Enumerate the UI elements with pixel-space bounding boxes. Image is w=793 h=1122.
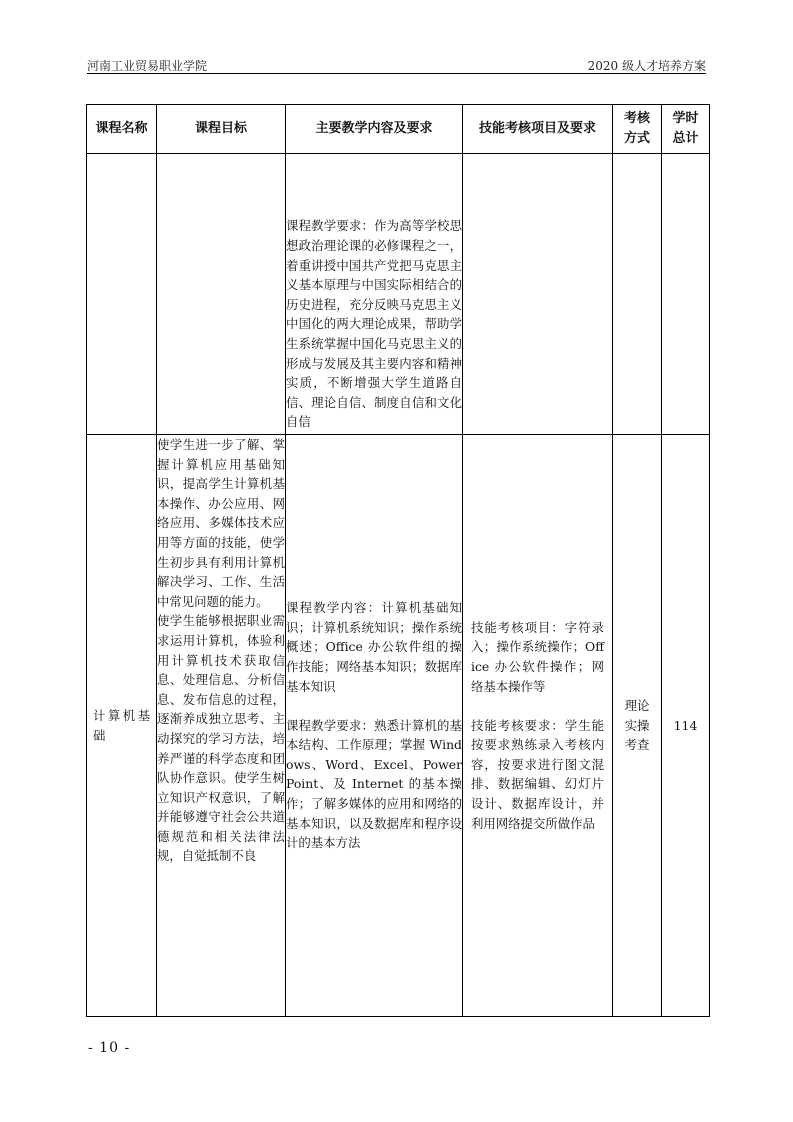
exam-method-cell: 理论 实操 考查 <box>613 435 662 1017</box>
col-header-skills: 技能考核项目及要求 <box>463 105 613 154</box>
content-paragraph: 课程教学要求：作为高等学校思想政治理论课的必修课程之一，着重讲授中国共产党把马克… <box>286 216 462 432</box>
objective-cell: 使学生进一步了解、掌握计算机应用基础知识，提高学生计算机基本操作、办公应用、网络… <box>157 435 286 1017</box>
skills-cell: 技能考核项目：字符录入；操作系统操作；Office 办公软件操作；网络基本操作等… <box>463 435 613 1017</box>
paragraph-gap <box>286 696 462 716</box>
document-title: 2020 级人才培养方案 <box>588 57 706 74</box>
hours-cell: 114 <box>662 435 710 1017</box>
hours-cell <box>662 154 710 435</box>
table-header-row: 课程名称 课程目标 主要教学内容及要求 技能考核项目及要求 考核 方式 学时 总… <box>87 105 710 154</box>
institution-name: 河南工业贸易职业学院 <box>87 57 207 74</box>
skills-paragraph: 技能考核项目：字符录入；操作系统操作；Office 办公软件操作；网络基本操作等 <box>471 618 604 696</box>
exam-method-cell <box>613 154 662 435</box>
skills-paragraph: 技能考核要求：学生能按要求熟练录入考核内容，按要求进行图文混排、数据编辑、幻灯片… <box>471 716 604 834</box>
page-header: 河南工业贸易职业学院 2020 级人才培养方案 <box>87 55 706 73</box>
col-header-hours: 学时 总计 <box>662 105 710 154</box>
content-paragraph: 课程教学内容：计算机基础知识；计算机系统知识；操作系统概述；Office 办公软… <box>286 598 462 696</box>
header-divider <box>87 73 706 74</box>
skills-cell <box>463 154 613 435</box>
course-name-cell <box>87 154 157 435</box>
objective-cell <box>157 154 286 435</box>
col-header-course-name: 课程名称 <box>87 105 157 154</box>
table-row: 计算机基础 使学生进一步了解、掌握计算机应用基础知识，提高学生计算机基本操作、办… <box>87 435 710 1017</box>
content-paragraph: 课程教学要求：熟悉计算机的基本结构、工作原理；掌握 Windows、Word、E… <box>286 716 462 853</box>
paragraph-gap <box>471 696 604 716</box>
page-number: - 10 - <box>88 1040 130 1056</box>
course-name-cell: 计算机基础 <box>87 435 157 1017</box>
content-cell: 课程教学内容：计算机基础知识；计算机系统知识；操作系统概述；Office 办公软… <box>286 435 463 1017</box>
curriculum-table: 课程名称 课程目标 主要教学内容及要求 技能考核项目及要求 考核 方式 学时 总… <box>86 104 710 1017</box>
col-header-exam-method: 考核 方式 <box>613 105 662 154</box>
col-header-objective: 课程目标 <box>157 105 286 154</box>
col-header-content: 主要教学内容及要求 <box>286 105 463 154</box>
objective-paragraph: 使学生能够根据职业需求运用计算机，体验利用计算机技术获取信息、处理信息、分析信息… <box>157 611 285 866</box>
objective-paragraph: 使学生进一步了解、掌握计算机应用基础知识，提高学生计算机基本操作、办公应用、网络… <box>157 435 285 611</box>
table-row: 课程教学要求：作为高等学校思想政治理论课的必修课程之一，着重讲授中国共产党把马克… <box>87 154 710 435</box>
content-cell: 课程教学要求：作为高等学校思想政治理论课的必修课程之一，着重讲授中国共产党把马克… <box>286 154 463 435</box>
